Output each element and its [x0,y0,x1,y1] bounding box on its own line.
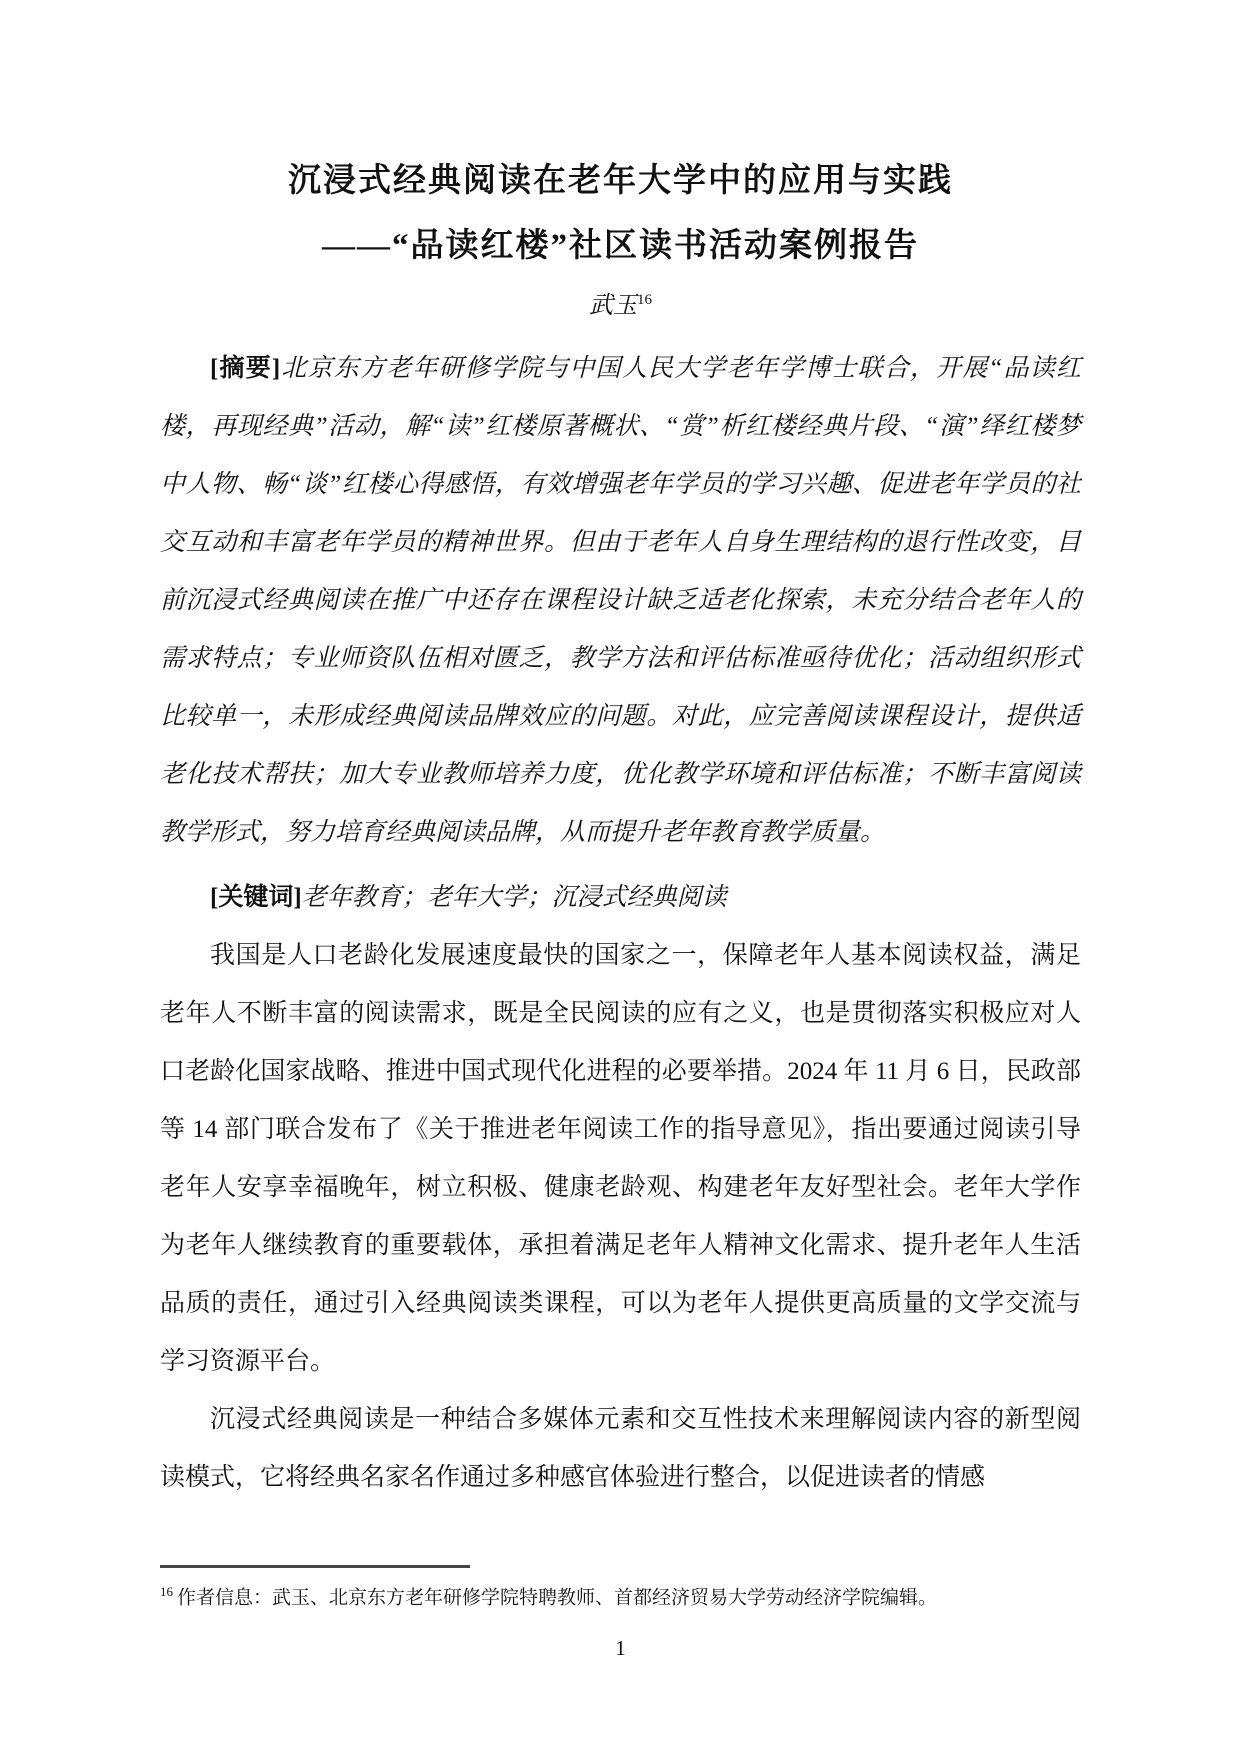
footnote-separator [160,1565,470,1568]
keywords-paragraph: [关键词]老年教育；老年大学；沉浸式经典阅读 [160,869,1081,927]
keywords-text: 老年教育；老年大学；沉浸式经典阅读 [302,884,727,911]
footnote: 16作者信息：武玉、北京东方老年研修学院特聘教师、首都经济贸易大学劳动经济学院编… [160,1578,1081,1611]
author-name: 武玉 [589,293,637,319]
page-number: 1 [0,1628,1241,1668]
body-paragraph-1: 我国是人口老龄化发展速度最快的国家之一，保障老年人基本阅读权益，满足老年人不断丰… [160,927,1081,1391]
abstract-text: 北京东方老年研修学院与中国人民大学老年学博士联合，开展“品读红楼，再现经典”活动… [160,355,1081,846]
author-line: 武玉16 [160,278,1081,328]
document-page: 沉浸式经典阅读在老年大学中的应用与实践 ——“品读红楼”社区读书活动案例报告 武… [0,0,1241,1754]
abstract-label: [摘要] [210,355,280,382]
author-footnote-ref: 16 [637,292,652,308]
footnote-ref: 16 [160,1584,173,1599]
page-subtitle: ——“品读红楼”社区读书活动案例报告 [160,214,1081,278]
page-title: 沉浸式经典阅读在老年大学中的应用与实践 [160,148,1081,214]
body-paragraph-2: 沉浸式经典阅读是一种结合多媒体元素和交互性技术来理解阅读内容的新型阅读模式，它将… [160,1391,1081,1507]
abstract-paragraph: [摘要]北京东方老年研修学院与中国人民大学老年学博士联合，开展“品读红楼，再现经… [160,340,1081,862]
footnote-text: 作者信息：武玉、北京东方老年研修学院特聘教师、首都经济贸易大学劳动经济学院编辑。 [177,1587,937,1608]
footnote-area: 16作者信息：武玉、北京东方老年研修学院特聘教师、首都经济贸易大学劳动经济学院编… [160,1565,1081,1611]
keywords-label: [关键词] [210,884,302,911]
page-content: 沉浸式经典阅读在老年大学中的应用与实践 ——“品读红楼”社区读书活动案例报告 武… [160,0,1081,1507]
